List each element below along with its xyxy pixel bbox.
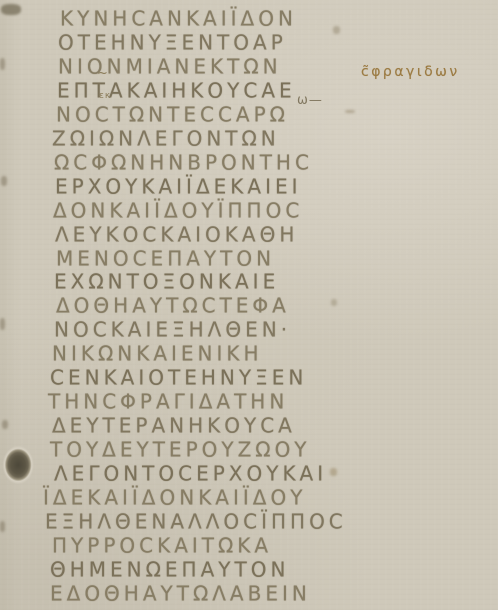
manuscript-line: ΖΩΙΩΝΛΕΓΟΝΤΩΝ xyxy=(52,125,280,150)
manuscript-line: ΩCΦΩΝΗΝΒΡΟΝΤΗC xyxy=(54,149,313,174)
manuscript-page: ΚΥΝΗCΑΝΚΑΙΪΔΟΝΟΤΕΗΝΥΞΕΝΤΟΑΡΝΙΟΝΜΙΑΝΕΚΤΩΝ… xyxy=(0,0,498,610)
manuscript-line: ΕΠΤΑΚΑΙΗΚΟΥCΑΕ xyxy=(57,77,296,102)
manuscript-line: ΟΤΕΗΝΥΞΕΝΤΟΑΡ xyxy=(58,29,287,54)
manuscript-line: ΕΔΟΘΗΑΥΤΩΛΑΒΕΙΝ xyxy=(50,580,311,605)
show-through-mark xyxy=(0,521,5,532)
show-through-mark xyxy=(333,26,340,34)
manuscript-line: ΕΧΩΝΤΟΞΟΝΚΑΙΕ xyxy=(54,269,279,294)
manuscript-line: ΝΟCΤΩΝΤΕCCΑΡΩ xyxy=(56,101,289,126)
manuscript-line: CΕΝΚΑΙΟΤΕΗΝΥΞΕΝ xyxy=(50,365,307,390)
manuscript-line: ΤΟΥΔΕΥΤΕΡΟΥΖΩΟΥ xyxy=(50,437,311,462)
manuscript-line: ΜΕΝΟCΕΠΑΥΤΟΝ xyxy=(56,245,275,270)
show-through-mark xyxy=(330,468,337,476)
line-end-superscript-omega: ω— xyxy=(297,93,323,108)
manuscript-line: ΔΟΝΚΑΙΪΔΟΥΪΠΠΟC xyxy=(53,197,303,222)
manuscript-line: ΕΡΧΟΥΚΑΙΪΔΕΚΑΙΕΙ xyxy=(55,173,302,198)
manuscript-line: ΝΙΟΝΜΙΑΝΕΚΤΩΝ xyxy=(58,53,282,78)
marginal-note-sphragidon: c̃φραγιδων xyxy=(361,64,460,80)
interlinear-correction-ek: εκ xyxy=(99,91,111,101)
manuscript-line: ΪΔΕΚΑΙΪΔΟΝΚΑΙΪΔΟΥ xyxy=(43,485,306,510)
show-through-mark xyxy=(345,110,355,113)
manuscript-line: ΛΕΥΚΟCΚΑΙΟΚΑΘΗ xyxy=(55,221,298,246)
manuscript-line: ΝΙΚΩΝΚΑΙΕΝΙΚΗ xyxy=(52,341,263,366)
parchment-stain xyxy=(0,438,46,494)
manuscript-line: ΔΕΥΤΕΡΑΝΗΚΟΥCΑ xyxy=(52,413,296,438)
show-through-mark xyxy=(0,58,5,70)
manuscript-line: ΝΟCΚΑΙΕΞΗΛΘΕΝ· xyxy=(54,317,291,342)
manuscript-line: ΛΕΓΟΝΤΟCΕΡΧΟΥΚΑΙ xyxy=(54,461,327,486)
manuscript-line: ΚΥΝΗCΑΝΚΑΙΪΔΟΝ xyxy=(60,6,297,31)
manuscript-line: ΘΗΜΕΝΩΕΠΑΥΤΟΝ xyxy=(50,556,289,581)
show-through-mark xyxy=(1,176,7,186)
show-through-mark xyxy=(0,318,5,330)
insertion-mark: ~ xyxy=(97,66,108,81)
manuscript-line: ΠΥΡΡΟCΚΑΙΤΩΚΑ xyxy=(52,532,272,557)
manuscript-line: ΔΟΘΗΑΥΤΩCΤΕΦΑ xyxy=(56,293,290,318)
show-through-mark xyxy=(1,4,21,15)
manuscript-line: ΕΞΗΛΘΕΝΑΛΛΟCΪΠΠΟC xyxy=(45,508,347,533)
show-through-mark xyxy=(331,299,337,306)
manuscript-line: ΤΗΝCΦΡΑΓΙΔΑΤΗΝ xyxy=(48,389,288,414)
show-through-mark xyxy=(2,420,8,429)
